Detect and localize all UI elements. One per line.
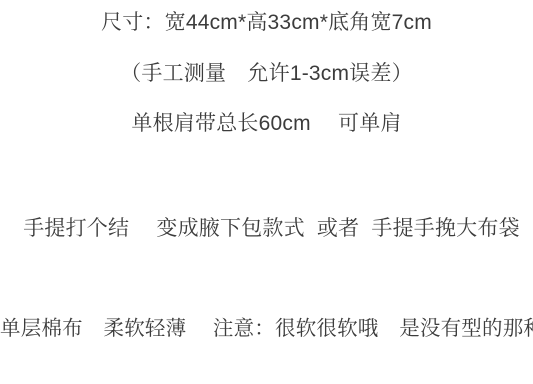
strap-length-text: 单根肩带总长60cm 可单肩 bbox=[0, 112, 533, 136]
product-spec-image: 尺寸：宽44cm*高33cm*底角宽7cm （手工测量 允许1-3cm误差） 单… bbox=[0, 0, 533, 384]
size-spec-text: 尺寸：宽44cm*高33cm*底角宽7cm bbox=[0, 11, 533, 35]
measurement-tolerance-text: （手工测量 允许1-3cm误差） bbox=[0, 62, 533, 86]
material-note-text: 单层棉布 柔软轻薄 注意：很软很软哦 是没有型的那种布袋 bbox=[0, 317, 533, 341]
usage-styles-text: 手提打个结 变成腋下包款式 或者 手提手挽大布袋 bbox=[5, 217, 533, 241]
